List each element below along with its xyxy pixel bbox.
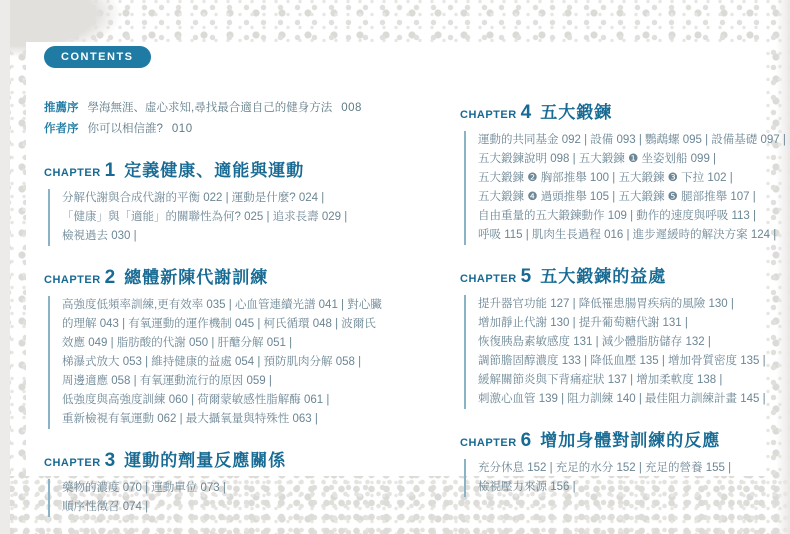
chapter-label: CHAPTER	[44, 274, 101, 286]
book-page: CONTENTS 推薦序學海無涯、虛心求知,尋找最合適自己的健身方法008作者序…	[26, 42, 764, 476]
chapter-label: CHAPTER	[460, 109, 517, 121]
chapter-block: CHAPTER6增加身體對訓練的反應充分休息 152 | 充足的水分 152 |…	[460, 426, 780, 497]
chapter-sections: 高強度低頻率訓練,更有效率 035 | 心血管連續光譜 041 | 對心臟的理解…	[48, 296, 416, 429]
toc-line: 五大鍛鍊說明 098 | 五大鍛鍊 ❶ 坐姿划船 099 |	[478, 150, 780, 169]
chapter-heading: CHAPTER1定義健康、適能與運動	[44, 156, 416, 182]
chapter-sections: 運動的共同基金 092 | 設備 093 | 鸚鵡螺 095 | 設備基礎 09…	[464, 131, 780, 245]
preface-row: 作者序你可以相信誰?010	[44, 119, 416, 140]
chapter-heading: CHAPTER6增加身體對訓練的反應	[460, 426, 780, 452]
toc-line: 調節膽固醇濃度 133 | 降低血壓 135 | 增加骨質密度 135 |	[478, 352, 780, 371]
preface-row: 推薦序學海無涯、虛心求知,尋找最合適自己的健身方法008	[44, 98, 416, 119]
preface-page: 008	[341, 102, 362, 114]
toc-line: 檢視過去 030 |	[62, 227, 416, 246]
toc-line: 分解代謝與合成代謝的平衡 022 | 運動是什麼? 024 |	[62, 189, 416, 208]
toc-line: 重新檢視有氧運動 062 | 最大攝氧量與特殊性 063 |	[62, 410, 416, 429]
toc-column-left: 推薦序學海無涯、虛心求知,尋找最合適自己的健身方法008作者序你可以相信誰?01…	[44, 98, 416, 534]
preface-title: 你可以相信誰?	[88, 123, 163, 135]
toc-line: 梯瀑式放大 053 | 維持健康的益處 054 | 預防肌肉分解 058 |	[62, 353, 416, 372]
toc-line: 提升器官功能 127 | 降低罹患腸胃疾病的風險 130 |	[478, 295, 780, 314]
chapter-block: CHAPTER1定義健康、適能與運動分解代謝與合成代謝的平衡 022 | 運動是…	[44, 156, 416, 246]
chapter-label: CHAPTER	[460, 437, 517, 449]
toc-line: 運動的共同基金 092 | 設備 093 | 鸚鵡螺 095 | 設備基礎 09…	[478, 131, 780, 150]
chapter-title: 增加身體對訓練的反應	[540, 431, 720, 451]
toc-line: 順序性徵召 074 |	[62, 498, 416, 517]
chapter-sections: 充分休息 152 | 充足的水分 152 | 充足的營養 155 |檢視壓力來源…	[464, 459, 780, 497]
chapter-heading: CHAPTER4五大鍛鍊	[460, 98, 780, 124]
toc-line: 周邊適應 058 | 有氧運動流行的原因 059 |	[62, 372, 416, 391]
preface-block: 推薦序學海無涯、虛心求知,尋找最合適自己的健身方法008作者序你可以相信誰?01…	[44, 98, 416, 140]
toc-line: 藥物的濃度 070 | 運動單位 073 |	[62, 479, 416, 498]
toc-line: 高強度低頻率訓練,更有效率 035 | 心血管連續光譜 041 | 對心臟	[62, 296, 416, 315]
chapter-label: CHAPTER	[44, 457, 101, 469]
toc-line: 低強度與高強度訓練 060 | 荷爾蒙敏感性脂解酶 061 |	[62, 391, 416, 410]
chapter-number: 4	[521, 102, 532, 123]
toc-line: 自由重量的五大鍛鍊動作 109 | 動作的速度與呼吸 113 |	[478, 207, 780, 226]
chapter-title: 總體新陳代謝訓練	[124, 268, 268, 288]
chapter-heading: CHAPTER5五大鍛鍊的益處	[460, 262, 780, 288]
chapter-heading: CHAPTER3運動的劑量反應關係	[44, 446, 416, 472]
contents-badge: CONTENTS	[44, 46, 151, 68]
preface-label: 推薦序	[44, 102, 79, 114]
chapter-heading: CHAPTER2總體新陳代謝訓練	[44, 263, 416, 289]
toc-line: 呼吸 115 | 肌肉生長過程 016 | 進步遲緩時的解決方案 124 |	[478, 226, 780, 245]
toc-line: 檢視壓力來源 156 |	[478, 478, 780, 497]
chapter-label: CHAPTER	[460, 273, 517, 285]
chapter-number: 6	[521, 430, 532, 451]
preface-page: 010	[172, 123, 193, 135]
toc-line: 充分休息 152 | 充足的水分 152 | 充足的營養 155 |	[478, 459, 780, 478]
toc-line: 刺激心血管 139 | 阻力訓練 140 | 最佳阻力訓練計畫 145 |	[478, 390, 780, 409]
chapter-number: 2	[105, 267, 116, 288]
toc-line: 的理解 043 | 有氧運動的運作機制 045 | 柯氏循環 048 | 波爾氏	[62, 315, 416, 334]
toc-line: 增加靜止代謝 130 | 提升葡萄糖代謝 131 |	[478, 314, 780, 333]
chapter-sections: 藥物的濃度 070 | 運動單位 073 |順序性徵召 074 |	[48, 479, 416, 517]
chapter-block: CHAPTER4五大鍛鍊運動的共同基金 092 | 設備 093 | 鸚鵡螺 0…	[460, 98, 780, 245]
toc-line: 恢復胰島素敏感度 131 | 減少體脂肪儲存 132 |	[478, 333, 780, 352]
chapter-number: 3	[105, 450, 116, 471]
chapter-number: 5	[521, 266, 532, 287]
toc-column-right: CHAPTER4五大鍛鍊運動的共同基金 092 | 設備 093 | 鸚鵡螺 0…	[460, 98, 780, 514]
chapter-title: 五大鍛鍊	[540, 103, 612, 123]
chapter-title: 運動的劑量反應關係	[124, 451, 286, 471]
toc-line: 效應 049 | 脂肪酸的代謝 050 | 肝醣分解 051 |	[62, 334, 416, 353]
chapter-block: CHAPTER3運動的劑量反應關係藥物的濃度 070 | 運動單位 073 |順…	[44, 446, 416, 517]
preface-title: 學海無涯、虛心求知,尋找最合適自己的健身方法	[88, 102, 333, 114]
chapter-sections: 提升器官功能 127 | 降低罹患腸胃疾病的風險 130 |增加靜止代謝 130…	[464, 295, 780, 409]
preface-label: 作者序	[44, 123, 79, 135]
chapter-sections: 分解代謝與合成代謝的平衡 022 | 運動是什麼? 024 |「健康」與「適能」…	[48, 189, 416, 246]
chapter-title: 定義健康、適能與運動	[124, 161, 304, 181]
chapter-number: 1	[105, 160, 116, 181]
toc-line: 五大鍛鍊 ❷ 胸部推舉 100 | 五大鍛鍊 ❸ 下拉 102 |	[478, 169, 780, 188]
toc-line: 緩解關節炎與下背痛症狀 137 | 增加柔軟度 138 |	[478, 371, 780, 390]
page-edge-left	[0, 0, 10, 534]
chapter-block: CHAPTER2總體新陳代謝訓練高強度低頻率訓練,更有效率 035 | 心血管連…	[44, 263, 416, 429]
chapter-label: CHAPTER	[44, 167, 101, 179]
toc-line: 「健康」與「適能」的關聯性為何? 025 | 追求長壽 029 |	[62, 208, 416, 227]
chapter-title: 五大鍛鍊的益處	[540, 267, 666, 287]
chapter-block: CHAPTER5五大鍛鍊的益處提升器官功能 127 | 降低罹患腸胃疾病的風險 …	[460, 262, 780, 409]
toc-line: 五大鍛鍊 ❹ 過頭推舉 105 | 五大鍛鍊 ❺ 腿部推舉 107 |	[478, 188, 780, 207]
